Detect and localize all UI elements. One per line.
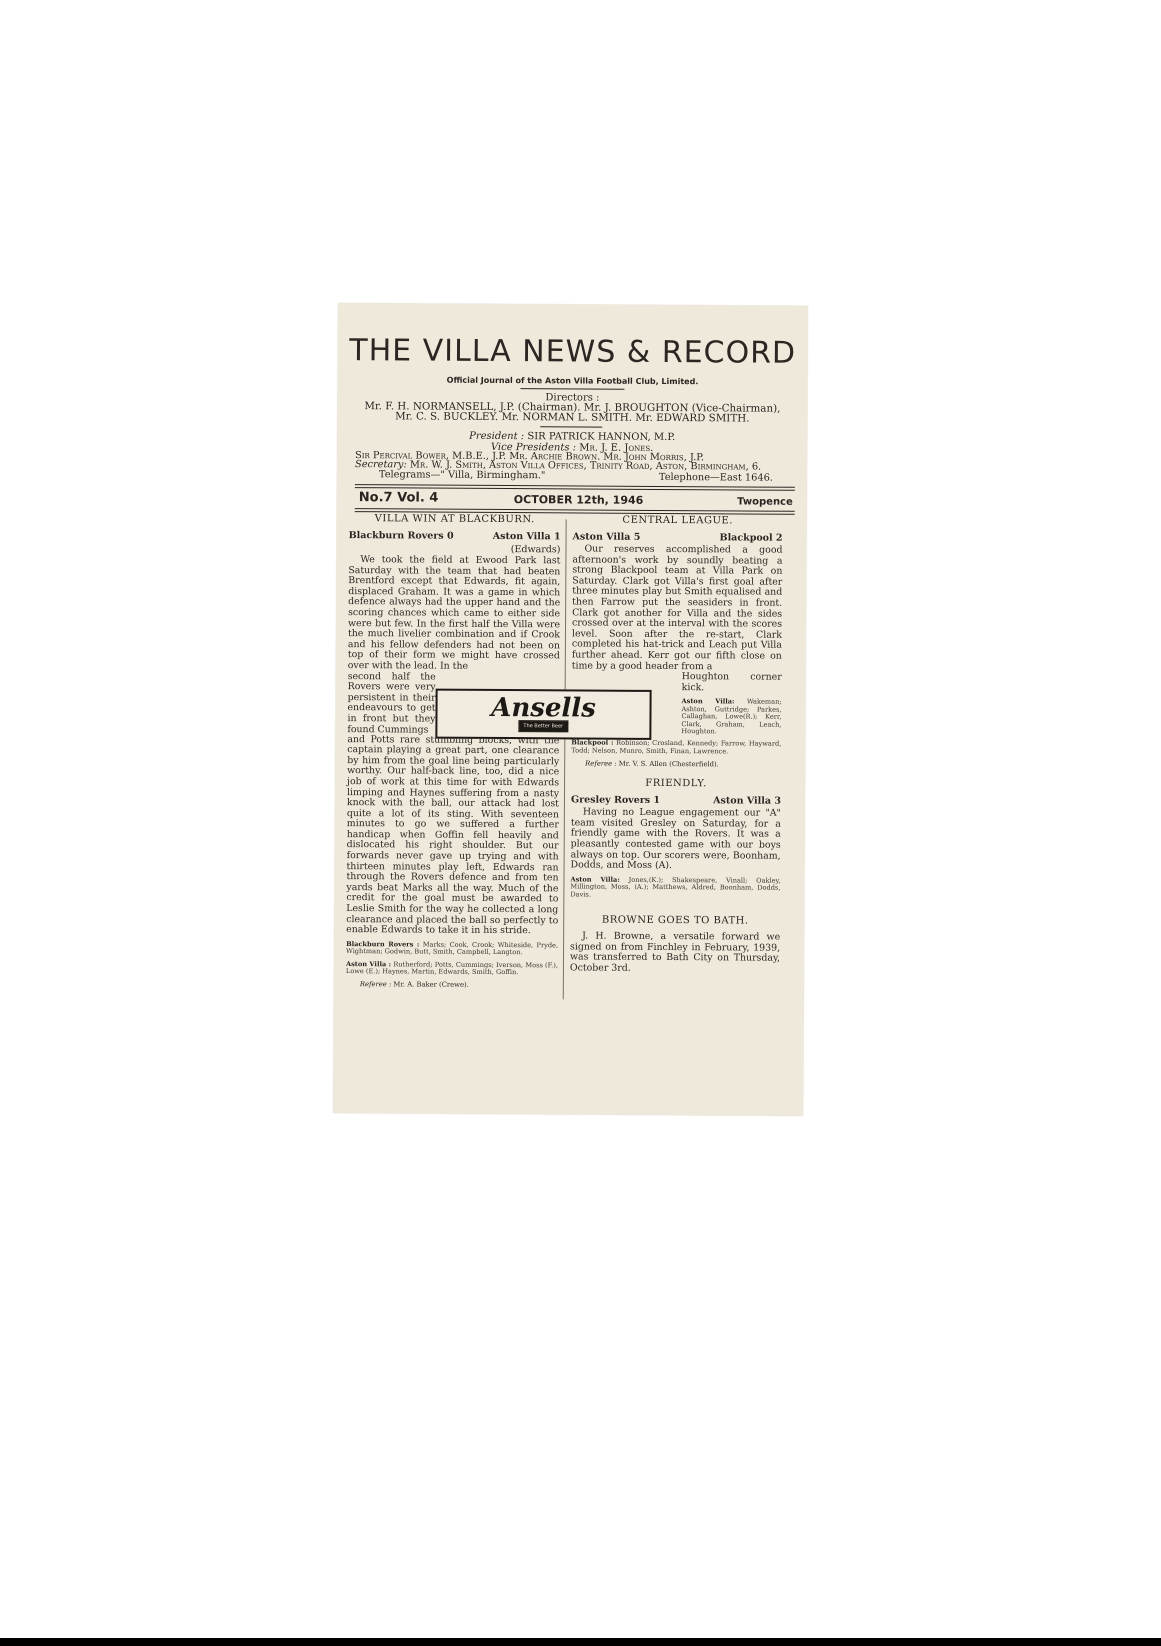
lineup-away: Blackpool : Robinson; Crosland, Kennedy;… bbox=[571, 740, 781, 756]
referee-label: Referee : bbox=[360, 981, 391, 989]
article-heading: FRIENDLY. bbox=[571, 778, 781, 790]
away-team-score: Blackpool 2 bbox=[720, 532, 783, 543]
issue-number: No.7 Vol. 4 bbox=[359, 490, 439, 505]
article-heading: VILLA WIN AT BLACKBURN. bbox=[349, 513, 561, 525]
divider bbox=[540, 426, 602, 427]
article-blackburn: VILLA WIN AT BLACKBURN. Blackburn Rovers… bbox=[346, 513, 561, 990]
divider bbox=[520, 388, 624, 390]
ansells-advert: Ansells The Better Beer bbox=[435, 689, 651, 740]
home-team-score: Blackburn Rovers 0 bbox=[349, 530, 454, 542]
home-team-score: Gresley Rovers 1 bbox=[571, 795, 660, 807]
column-divider bbox=[563, 519, 567, 999]
article-heading: BROWNE GOES TO BATH. bbox=[570, 914, 780, 926]
article-central-league: CENTRAL LEAGUE. Aston Villa 5 Blackpool … bbox=[570, 514, 783, 975]
masthead-title: THE VILLA NEWS & RECORD bbox=[338, 333, 808, 371]
telephone: Telephone—East 1646. bbox=[659, 472, 773, 484]
lineup-home: Blackburn Rovers : Marks; Cook, Crook; W… bbox=[346, 941, 558, 957]
referee-name: Mr. A. Baker (Crewe). bbox=[393, 981, 468, 989]
issue-bar: No.7 Vol. 4 OCTOBER 12th, 1946 Twopence bbox=[359, 490, 793, 509]
article-paragraph: and Potts rare stumbling blocks, with th… bbox=[346, 735, 559, 938]
programme-page: THE VILLA NEWS & RECORD Official Journal… bbox=[333, 303, 808, 1116]
referee-label: Referee : bbox=[585, 760, 616, 768]
masthead-subtitle: Official Journal of the Aston Villa Foot… bbox=[338, 375, 808, 387]
article-paragraph: We took the field at Ewood Park last Sat… bbox=[348, 555, 561, 673]
scan-edge bbox=[0, 1638, 1161, 1646]
score-row: Blackburn Rovers 0 Aston Villa 1 bbox=[349, 530, 561, 542]
issue-date: OCTOBER 12th, 1946 bbox=[514, 493, 644, 507]
lineup-away: Aston Villa : Rutherford; Potts, Cumming… bbox=[346, 961, 558, 977]
article-paragraph-wrap: second half the Rovers were very persist… bbox=[347, 672, 435, 736]
score-row: Aston Villa 5 Blackpool 2 bbox=[573, 531, 783, 543]
issue-price: Twopence bbox=[737, 496, 793, 507]
referee-name: Mr. V. S. Allen (Chesterfield). bbox=[619, 760, 719, 769]
home-team-score: Aston Villa 5 bbox=[573, 531, 641, 542]
article-paragraph: J. H. Browne, a versatile forward we sig… bbox=[570, 931, 780, 975]
advert-brand: Ansells bbox=[437, 693, 649, 724]
directors-line-2: Mr. C. S. BUCKLEY. Mr. NORMAN L. SMITH. … bbox=[337, 411, 807, 425]
score-row: Gresley Rovers 1 Aston Villa 3 bbox=[571, 795, 781, 807]
article-heading: CENTRAL LEAGUE. bbox=[573, 514, 783, 526]
advert-tagline: The Better Beer bbox=[519, 721, 567, 731]
president-name: SIR PATRICK HANNON, M.P. bbox=[527, 431, 675, 443]
away-team-score: Aston Villa 1 bbox=[493, 531, 561, 542]
article-paragraph: Our reserves accomplished a good afterno… bbox=[572, 544, 783, 672]
article-paragraph: Having no League engagement our "A" team… bbox=[571, 808, 781, 873]
president-label: President : bbox=[469, 431, 524, 442]
referee: Referee : Mr. A. Baker (Crewe). bbox=[346, 980, 558, 989]
lineup-friendly: Aston Villa: Jones,(K.); Shakespeare, Vi… bbox=[570, 876, 780, 900]
telegrams: Telegrams—" Villa, Birmingham." bbox=[379, 469, 546, 481]
referee: Referee : Mr. V. S. Allen (Chesterfield)… bbox=[571, 760, 781, 769]
away-team-score: Aston Villa 3 bbox=[713, 795, 781, 806]
